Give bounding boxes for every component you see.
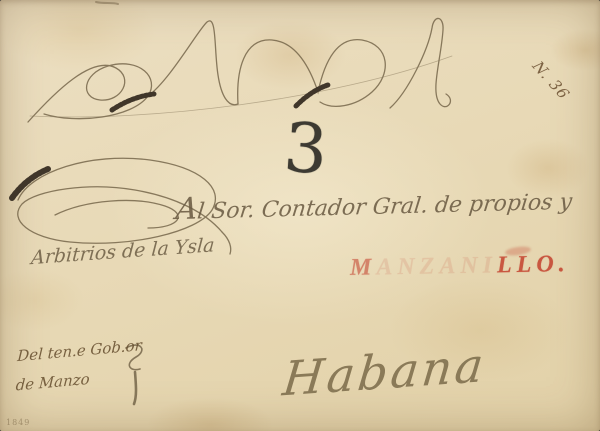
hatch-stroke-center bbox=[296, 85, 328, 106]
rubric-s-stroke bbox=[390, 18, 450, 108]
address-line-1: Al Sor. Contador Gral. de propios y bbox=[174, 182, 574, 227]
top-edge-ink-mark bbox=[96, 2, 118, 4]
left-flourish-tail bbox=[222, 232, 231, 254]
docket-number: N. 36 bbox=[528, 58, 573, 103]
rubric-tall-loop-stroke bbox=[148, 21, 238, 105]
destination-habana: Habana bbox=[280, 338, 489, 408]
postmark-visible-end: LLO. bbox=[497, 251, 570, 278]
rubric-heart-stroke bbox=[238, 40, 386, 107]
hatch-stroke-left bbox=[112, 94, 154, 110]
left-flourish-inner bbox=[55, 200, 178, 228]
postal-cover: N. 36 3 Al Sor. Contador Gral. de propio… bbox=[0, 0, 600, 431]
manzanillo-postmark: MANZANILLO. bbox=[350, 251, 570, 282]
sender-endorsement: Del ten.e Gob.or de Manzo bbox=[15, 331, 143, 399]
rubric-left-spiral-stroke bbox=[28, 64, 152, 122]
hatch-stroke-flourish bbox=[12, 169, 48, 198]
postmark-visible-start: M bbox=[350, 254, 377, 280]
postmark-faded-middle: ANZANI bbox=[376, 252, 497, 280]
corner-pencil-note: 1849 bbox=[6, 418, 30, 427]
rubric-crossline bbox=[30, 56, 452, 117]
rate-handstamp: 3 bbox=[282, 115, 330, 186]
address-line-2: Arbitrios de la Ysla bbox=[30, 234, 215, 269]
